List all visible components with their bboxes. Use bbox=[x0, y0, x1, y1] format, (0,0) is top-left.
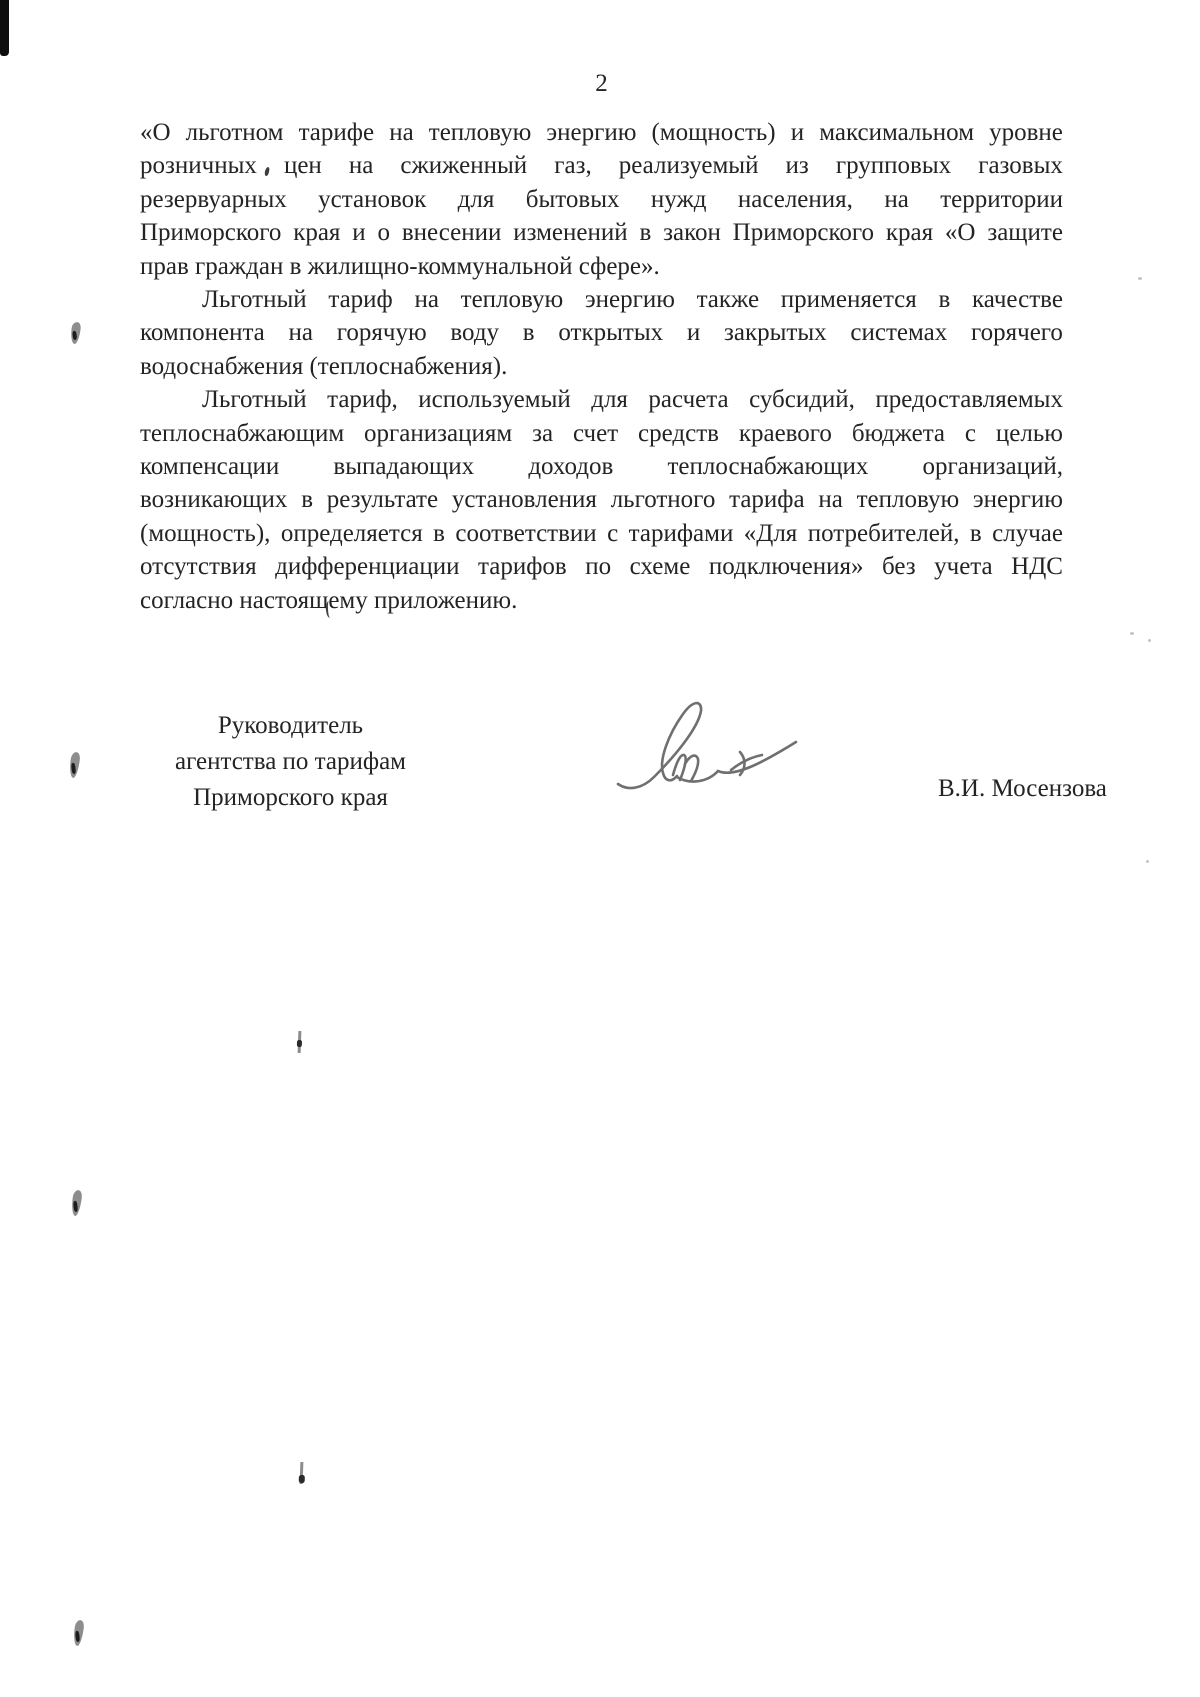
text-line: возникающихврезультатеустановленияльготн… bbox=[140, 483, 1063, 516]
text-line: Льготныйтариф,используемыйдлярасчетасубс… bbox=[140, 383, 1063, 416]
text-line: компонентанагорячуюводувоткрытыхизакрыты… bbox=[140, 316, 1063, 349]
scanned-document-page: 2 «Ольготномтарифенатепловуюэнергию(мощн… bbox=[0, 0, 1200, 1697]
signatory-name: В.И. Мосензова bbox=[938, 772, 1107, 805]
paragraph: «Ольготномтарифенатепловуюэнергию(мощнос… bbox=[140, 116, 1063, 283]
tick-mark bbox=[300, 1462, 304, 1484]
paragraph: Льготныйтариф,используемыйдлярасчетасубс… bbox=[140, 383, 1063, 617]
handwritten-signature bbox=[610, 692, 800, 797]
ink-speck bbox=[68, 752, 81, 779]
signatory-position-line: Руководитель bbox=[148, 708, 433, 744]
text-line: розничныхценнасжиженныйгаз,реализуемыйиз… bbox=[140, 149, 1063, 182]
signatory-position-line: агентства по тарифам bbox=[148, 744, 433, 780]
text-line: водоснабжения (теплоснабжения). bbox=[140, 350, 1063, 383]
text-line: (мощность),определяетсявсоответствиистар… bbox=[140, 517, 1063, 550]
paragraph: Льготныйтарифнатепловуюэнергиютакжеприме… bbox=[140, 283, 1063, 383]
scan-dot bbox=[1146, 860, 1149, 863]
text-line: согласно настоящему приложению. bbox=[140, 584, 1063, 617]
text-line: отсутствиядифференциациитарифовпосхемепо… bbox=[140, 550, 1063, 583]
text-line: компенсациивыпадающихдоходовтеплоснабжаю… bbox=[140, 450, 1063, 483]
text-line: резервуарныхустановокдлябытовыхнужднасел… bbox=[140, 183, 1063, 216]
text-line: «Ольготномтарифенатепловуюэнергию(мощнос… bbox=[140, 116, 1063, 149]
ink-speck bbox=[70, 321, 82, 344]
document-body: «Ольготномтарифенатепловуюэнергию(мощнос… bbox=[140, 116, 1063, 617]
page-number: 2 bbox=[140, 70, 1063, 98]
text-line: прав граждан в жилищно-коммунальной сфер… bbox=[140, 250, 1063, 283]
scan-edge-artifact bbox=[0, 0, 9, 56]
signatory-position: Руководитель агентства по тарифам Примор… bbox=[148, 708, 433, 816]
scan-dot bbox=[1130, 632, 1134, 635]
text-line: Льготныйтарифнатепловуюэнергиютакжеприме… bbox=[140, 283, 1063, 316]
text-line: теплоснабжающиморганизациямзасчетсредств… bbox=[140, 417, 1063, 450]
signatory-position-line: Приморского края bbox=[148, 780, 433, 816]
text-line: Приморскогокраяиовнесенииизмененийвзакон… bbox=[140, 216, 1063, 249]
tick-mark bbox=[298, 1031, 302, 1053]
scan-dot bbox=[1148, 639, 1151, 642]
ink-speck bbox=[72, 1620, 85, 1647]
scan-dot bbox=[1138, 277, 1142, 280]
ink-speck bbox=[70, 1190, 83, 1217]
tick-mark bbox=[325, 601, 333, 618]
